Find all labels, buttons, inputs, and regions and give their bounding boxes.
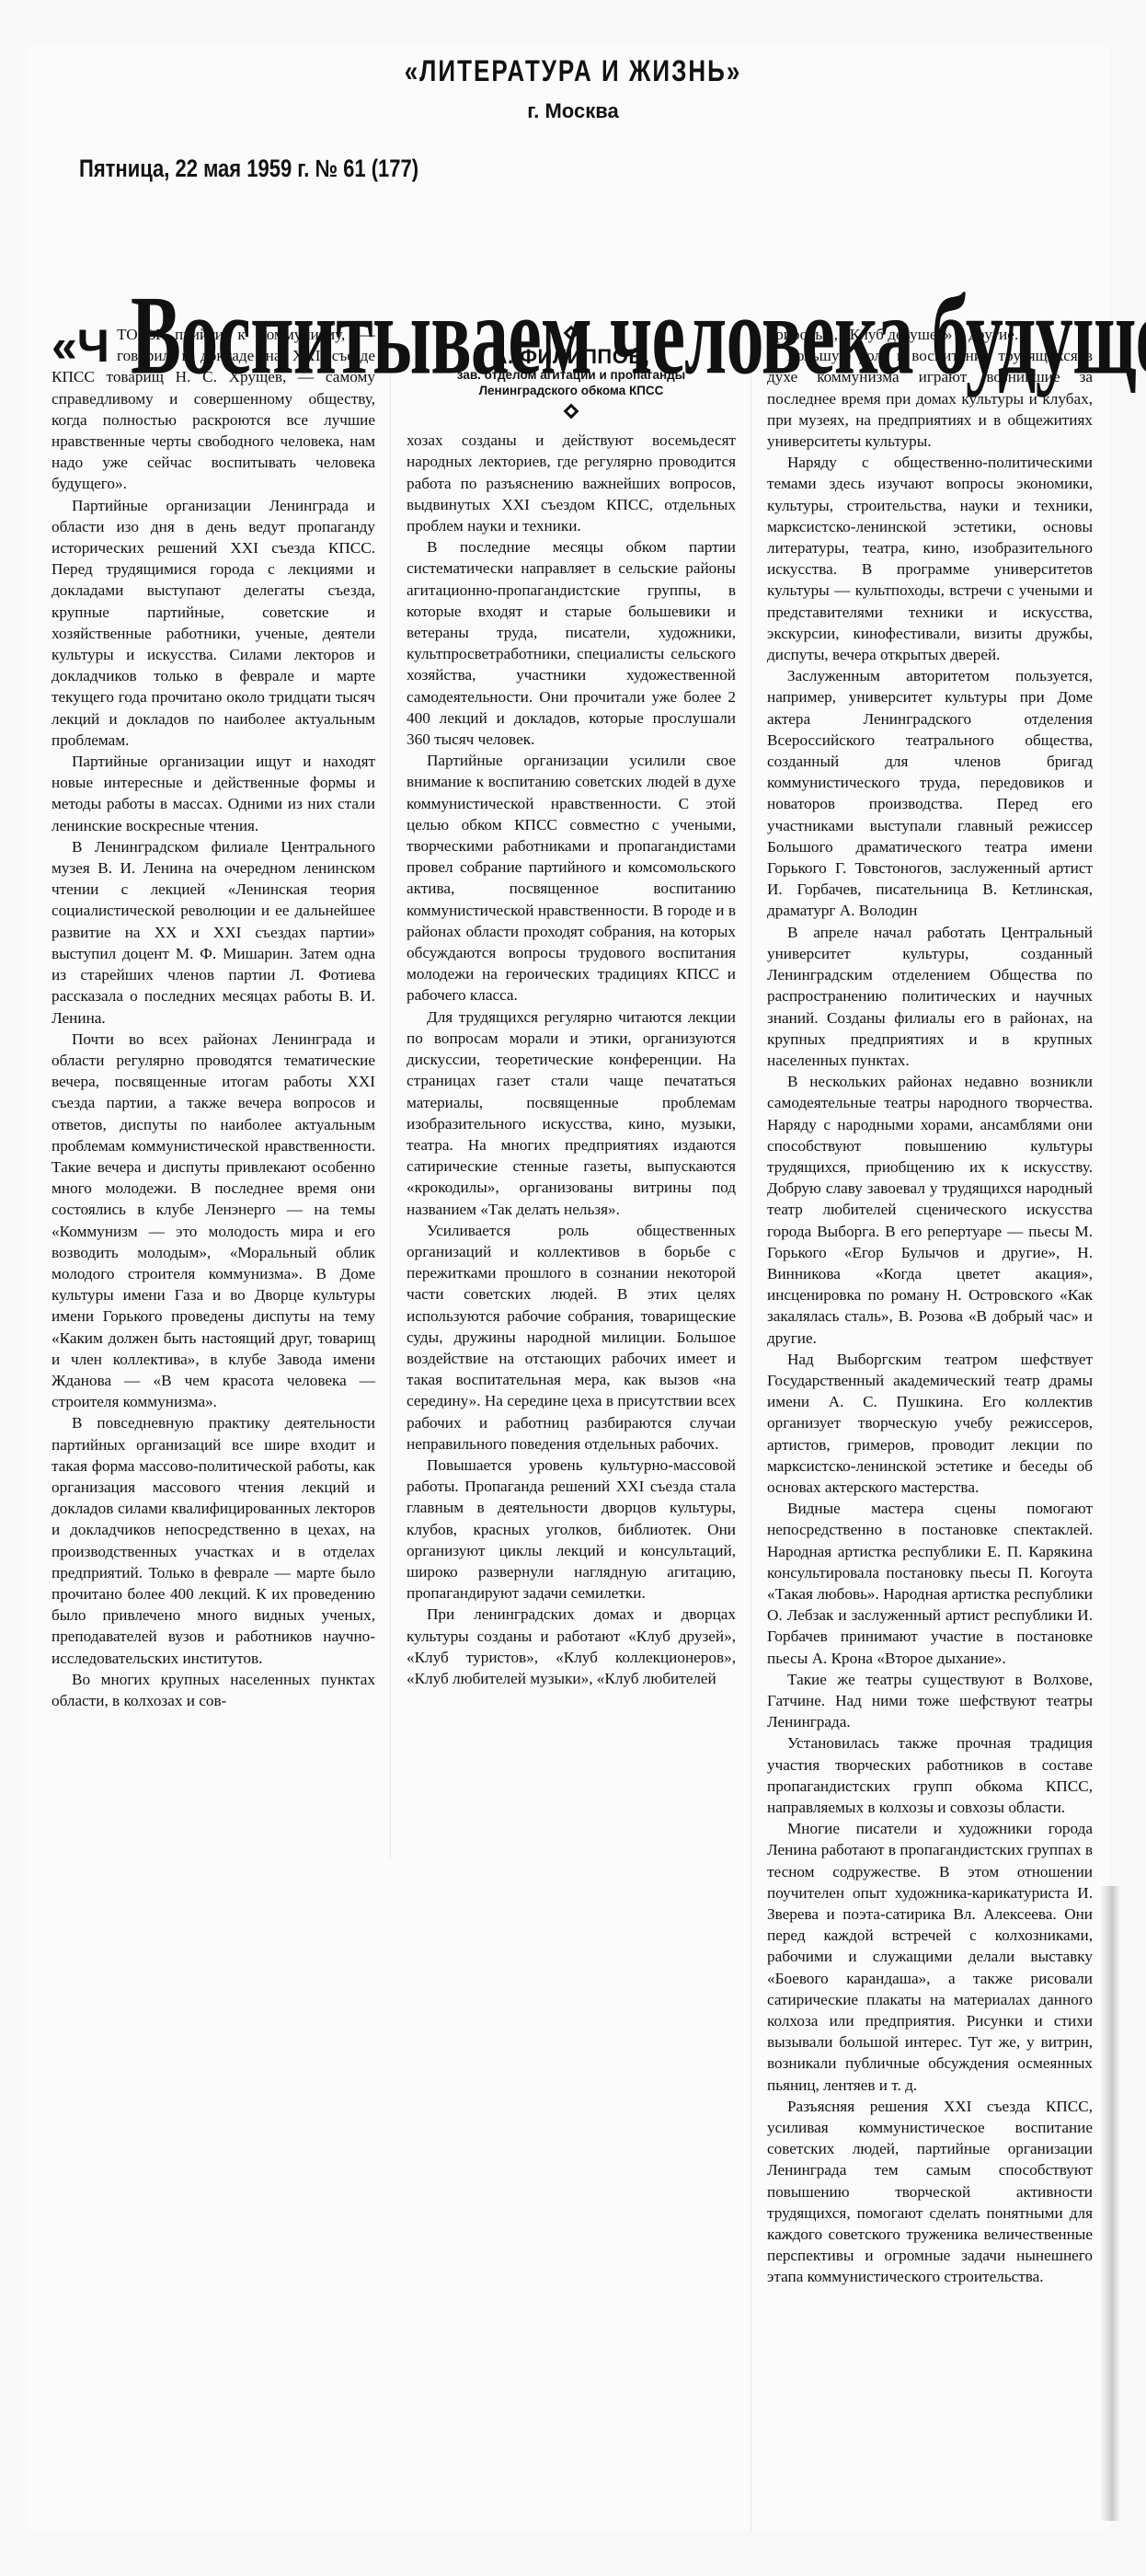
column-divider: [751, 324, 751, 2532]
paragraph: Партийные организации усилили свое внима…: [407, 750, 736, 1006]
paragraph: В нескольких районах недавно возникли са…: [767, 1071, 1093, 1349]
torn-edge-shadow: [1100, 1886, 1120, 2521]
paragraph: В апреле начал работать Центральный унив…: [767, 922, 1093, 1071]
article-column-1: «ЧТОБЫ прийти к коммунизму, — говорил в …: [52, 324, 375, 1711]
paragraph: Большую роль в воспитании трудящихся в д…: [767, 345, 1093, 452]
paragraph: Заслуженным авторитетом пользуется, напр…: [767, 665, 1093, 921]
paragraph: хозах созданы и действуют восемьдесят на…: [407, 430, 736, 536]
diamond-ornament-icon: [564, 326, 579, 341]
paragraph: В Ленинградском филиале Центрального муз…: [52, 836, 375, 1029]
paragraph: Наряду с общественно-политическими темам…: [767, 452, 1093, 665]
paragraph: Многие писатели и художники города Ленин…: [767, 1818, 1093, 2096]
paragraph: Видные мастера сцены помогают непосредст…: [767, 1498, 1093, 1669]
paragraph: Усиливается роль общественных организаци…: [407, 1220, 736, 1455]
paragraph: В последние месяцы обком партии системат…: [407, 536, 736, 750]
paragraph: Установилась также прочная традиция учас…: [767, 1732, 1093, 1818]
paragraph: Почти во всех районах Ленинграда и облас…: [52, 1029, 375, 1413]
paragraph: Разъясняя решения XXI съезда КПСС, усили…: [767, 2096, 1093, 2288]
byline: А. ФИЛИППОВ, зав. отделом агитации и про…: [407, 328, 736, 417]
paragraph: При ленинградских домах и дворцах культу…: [407, 1604, 736, 1689]
issue-dateline: Пятница, 22 мая 1959 г. № 61 (177): [79, 155, 418, 183]
column-divider: [390, 324, 391, 1860]
drop-cap: «Ч: [52, 326, 109, 366]
paragraph: Во многих крупных населенных пунктах обл…: [52, 1669, 375, 1711]
paragraph: Партийные организации ищут и находят нов…: [52, 751, 375, 836]
author-name: А. ФИЛИППОВ,: [407, 346, 736, 367]
city-label: г. Москва: [0, 99, 1146, 123]
paragraph: Такие же театры существуют в Волхове, Га…: [767, 1669, 1093, 1733]
paragraph: Повышается уровень культурно-массовой ра…: [407, 1455, 736, 1604]
article-column-3: природы», «Клуб девушек» и другие. Больш…: [767, 324, 1093, 2288]
diamond-ornament-icon: [564, 404, 579, 420]
article-column-2: А. ФИЛИППОВ, зав. отделом агитации и про…: [407, 324, 736, 1689]
lead-paragraph: «ЧТОБЫ прийти к коммунизму, — говорил в …: [52, 324, 375, 495]
newspaper-masthead: «ЛИТЕРАТУРА И ЖИЗНЬ»: [0, 53, 1146, 89]
paragraph: природы», «Клуб девушек» и другие.: [767, 324, 1093, 345]
paragraph: Партийные организации Ленинграда и облас…: [52, 495, 375, 751]
author-position: зав. отделом агитации и пропаганды Ленин…: [407, 367, 736, 398]
paragraph: Для трудящихся регулярно читаются лекции…: [407, 1006, 736, 1220]
paragraph: В повседневную практику деятельности пар…: [52, 1412, 375, 1668]
paragraph: Над Выборгским театром шефствует Государ…: [767, 1349, 1093, 1498]
